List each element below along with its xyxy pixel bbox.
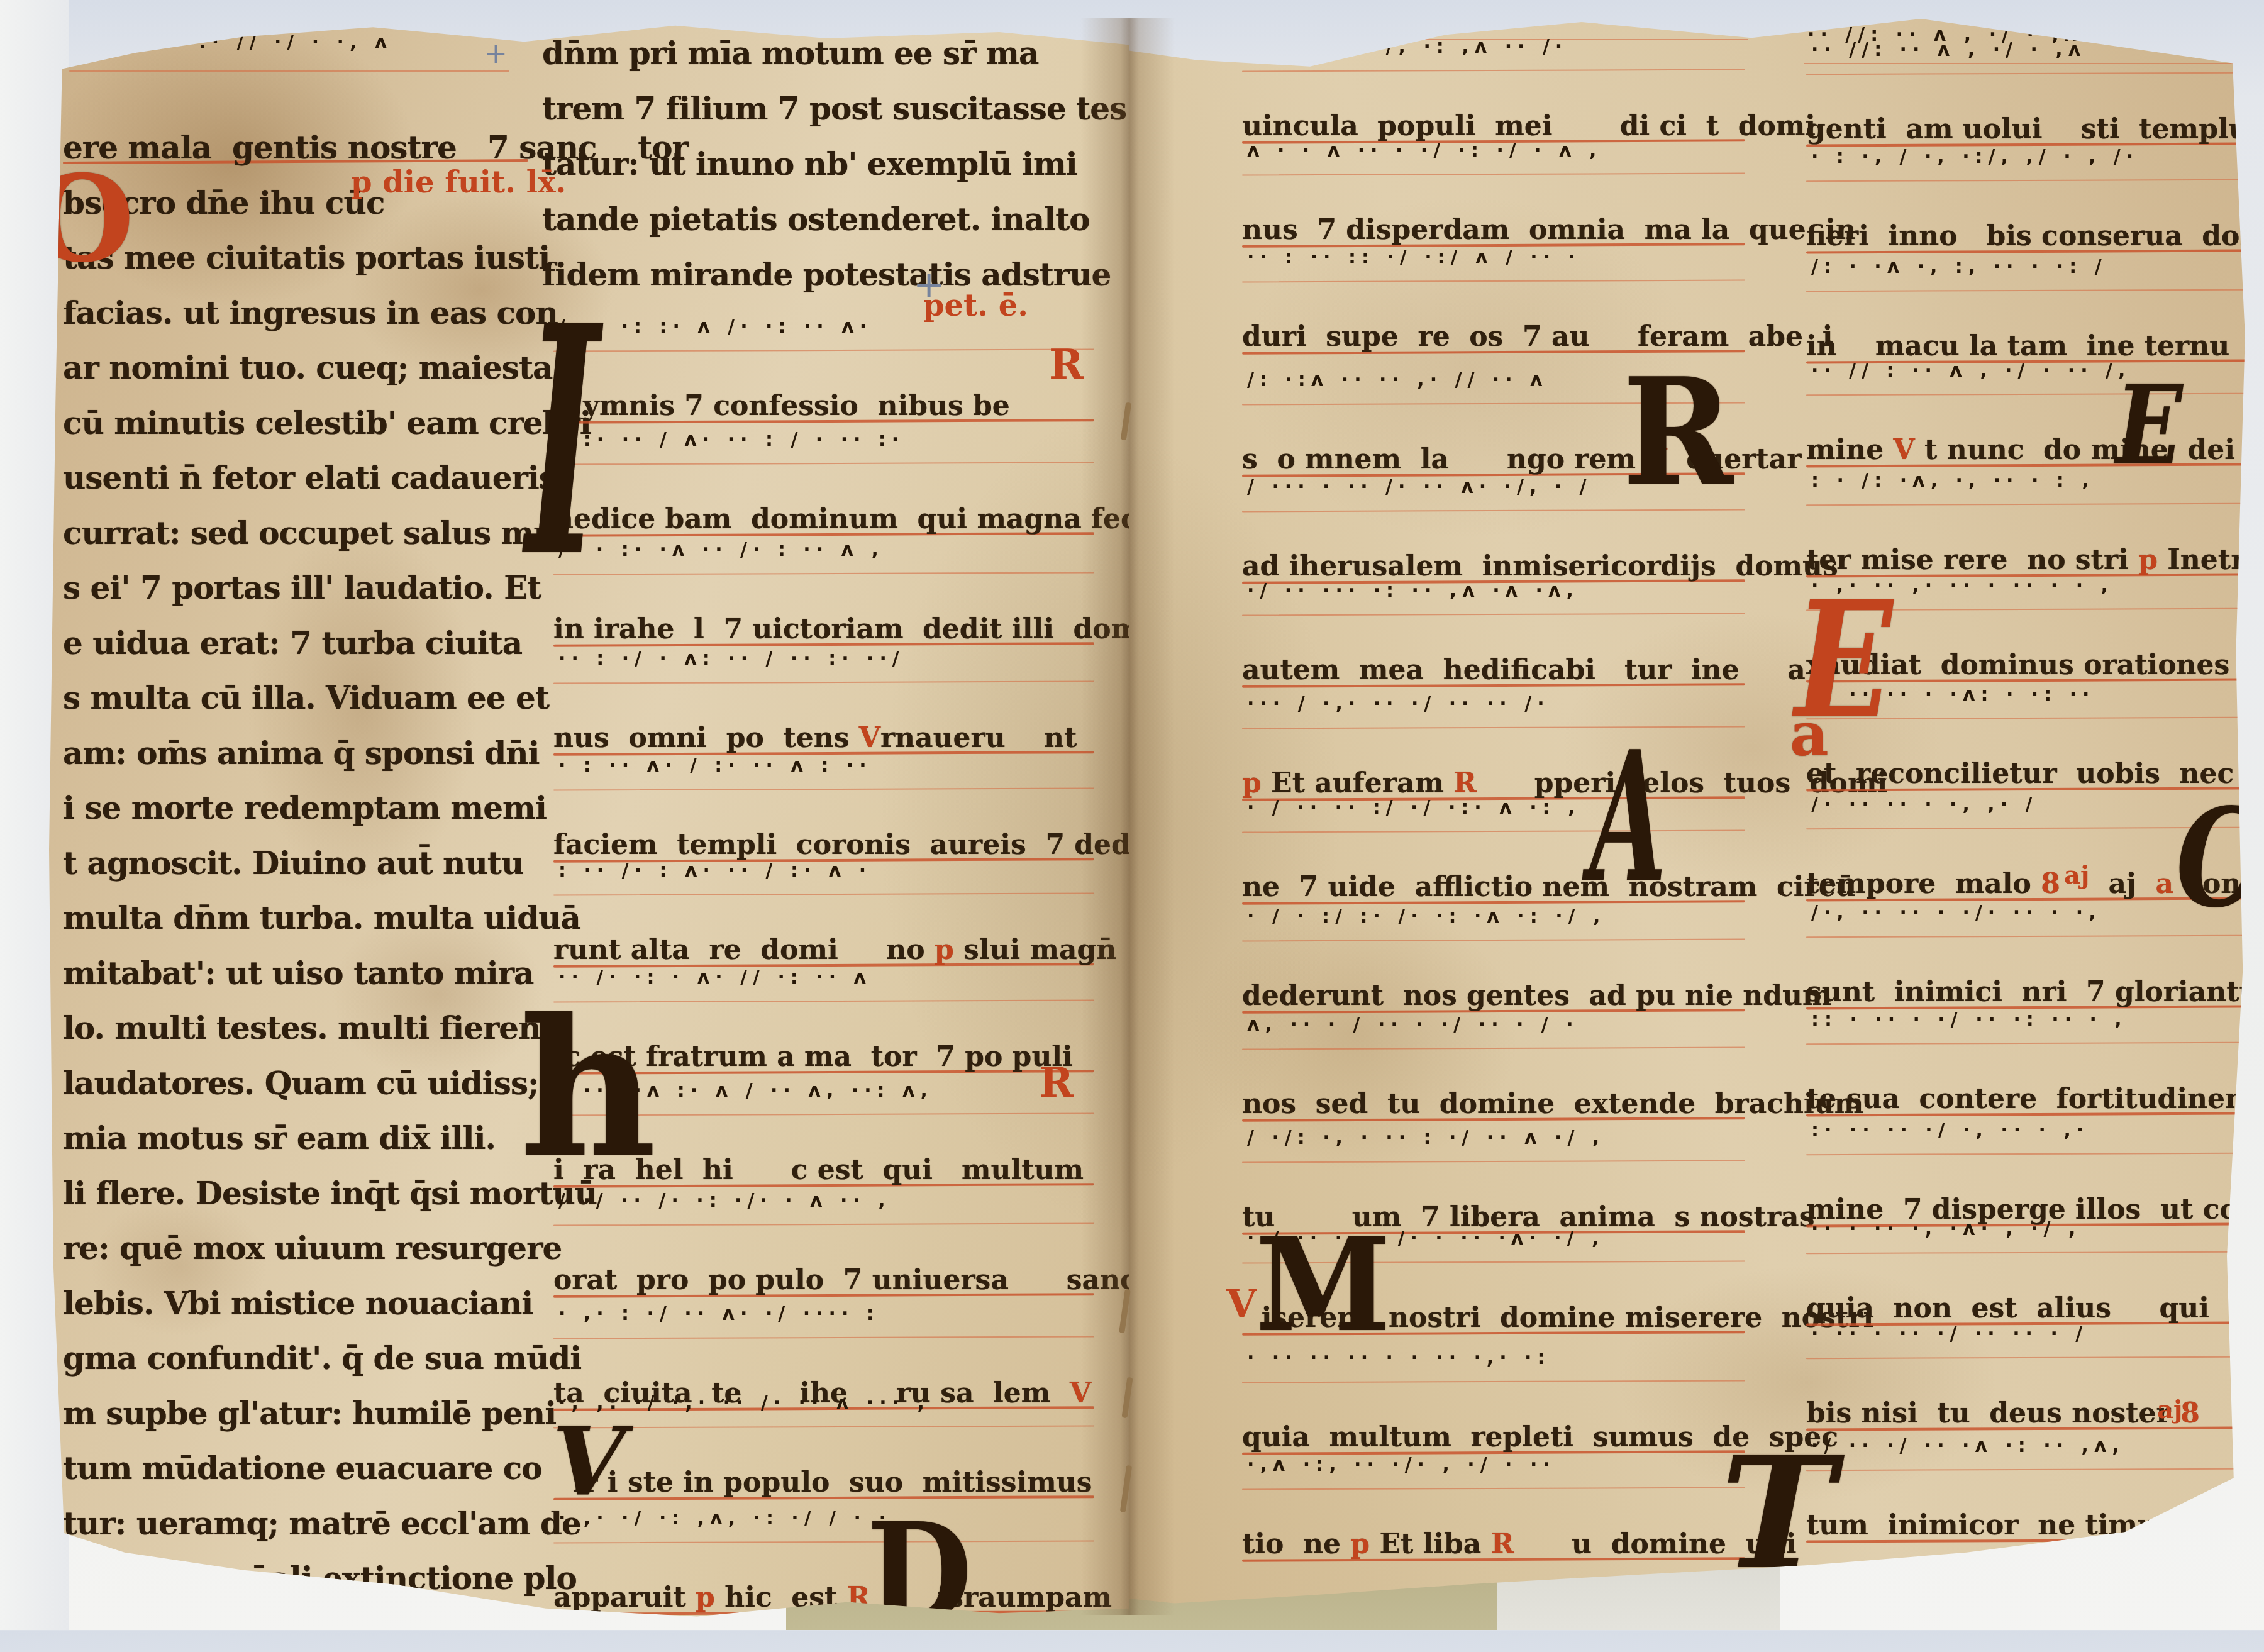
initial-letter: E <box>2116 376 2183 475</box>
neume-staff-line <box>1806 503 2246 506</box>
chant-word: n ymnis 7 confessio nibus be <box>553 390 1010 422</box>
neume-row: ·· //: ·· ʌ , ·/ · ,ʌ <box>1811 39 2251 61</box>
chant-line: genti am uolui sti templum tu <box>1806 113 2264 145</box>
chant-line: sunt inimici nri 7 gloriantur n <box>1806 976 2264 1008</box>
prose-line: fidem mirande potestatis adstrue <box>542 256 1146 293</box>
initial-letter: h <box>519 1004 657 1173</box>
neume-staff-line <box>1242 1380 1745 1383</box>
neume-row: · ,· ·/ ·: ,ʌ, ·: ·/ / · · <box>558 1507 1099 1529</box>
pencil-mark: + <box>913 263 945 307</box>
chant-word: runt alta re domi no <box>553 934 935 966</box>
neume-staff-line <box>1806 1356 2246 1359</box>
neume-row: · : ·· ʌ· / :· ·· ʌ : ·· <box>558 755 1099 777</box>
neume-staff-line <box>553 680 1094 684</box>
neume-staff-line <box>69 70 509 72</box>
chant-line: nos sed tu domine extende brachium <box>1242 1088 1863 1120</box>
chant-word: uincula populi mei di ci t domi <box>1242 110 1816 142</box>
prose-line: facias. ut ingresus in eas con <box>63 294 566 331</box>
prose-line: s multa cū illa. Viduam ee et <box>63 679 566 716</box>
neume-staff-line <box>1242 1047 1745 1050</box>
chant-word: dederunt nos gentes ad pu nie ndum <box>1242 980 1832 1012</box>
chant-line: bis nisi tu deus noster 8 aj <box>1806 1397 2264 1429</box>
prose-line: am: om̄s anima q̄ sponsi dn̄i <box>63 735 566 772</box>
neume-row: ·/ ·· ·/ ·· ·ʌ ·: ·· ,ʌ, <box>1811 1435 2251 1457</box>
neume-row: ʌ · · ʌ ·· · ·/ ·: ·/ · ʌ , <box>1247 140 1750 162</box>
neume-row: · :· ·· / ʌ· ·· : / · ·· :· <box>558 429 1099 451</box>
prose-line: cū minutis celestib' eam crebri <box>63 404 566 441</box>
prose-line: ar nomini tuo. cueq; maiesta <box>63 349 566 386</box>
prose-line: tatur: ut inuno nb' exemplū imi <box>542 145 1146 182</box>
rubric-label: R <box>1049 340 1084 389</box>
chant-word: orat pro po pulo 7 uniuersa sanc <box>553 1264 1137 1296</box>
neume-staff-line <box>1806 289 2246 292</box>
chant-word: ir i ste in populo suo mitissimus <box>553 1466 1092 1499</box>
chant-word: autem mea hedificabi tur ine a <box>1242 654 1806 686</box>
chant-line: n ymnis 7 confessio nibus be <box>553 390 1010 422</box>
prose-line: e uidua erat: 7 turba ciuita <box>63 624 566 662</box>
chant-word: genti am uolui sti templum tu <box>1806 113 2264 145</box>
chant-word: apparuit <box>553 1582 696 1614</box>
initial-letter: T <box>1721 1444 1835 1583</box>
neume-row: ·, ,: ·/ ·,· ·· /· ·· ʌ ··· , <box>558 1392 1099 1414</box>
initial-letter: C <box>2176 797 2262 919</box>
neume-staff-line <box>553 1222 1094 1226</box>
neume-row: · / ·· ·· :/ ·/ ·:· ʌ ·: , <box>1247 797 1750 819</box>
chant-line: autem mea hedificabi tur ine a <box>1242 654 1806 686</box>
chant-word: nedice bam dominum qui magna fecit <box>553 503 1161 535</box>
prose-line: tur: ueramq; matrē eccl'am de <box>63 1505 566 1542</box>
neume-staff-line <box>1242 173 1745 176</box>
prose-line: dn̄m pri mīa motum ee sr̄ ma <box>542 35 1146 72</box>
prose-line: m supbe gl'atur: humilē peni <box>63 1395 566 1432</box>
rubric-label: R <box>1039 1058 1074 1107</box>
chant-word: quia non est alius qui pugnet <box>1806 1292 2264 1324</box>
chant-word: rnaueru nt <box>880 722 1077 754</box>
chant-word: faciem templi coronis aureis 7 dedicaue <box>553 829 1214 861</box>
chant-word: Et liba <box>1379 1528 1490 1560</box>
initial-letter: M <box>1255 1228 1391 1344</box>
chant-line: orat pro po pulo 7 uniuersa sanc <box>553 1264 1137 1296</box>
neume-staff-line <box>1242 69 1745 72</box>
neume-staff-line <box>1804 63 2238 64</box>
neume-row: ·· : ·· :: ·/ ·:/ ʌ / ·· · <box>1247 247 1750 269</box>
chant-word: tum inimicor ne timueritis men <box>1806 1509 2264 1541</box>
neume-row: · / ·· ·· :· // ·/ · ·, ʌ <box>73 31 513 53</box>
chant-word: ad iherusalem inmisericordijs domus <box>1242 550 1838 582</box>
prose-line: gma confundit'. q̄ de sua mūdi <box>63 1339 566 1377</box>
prose-line: tum mūdatione euacuare co <box>63 1450 566 1487</box>
neume-staff-line <box>1242 1160 1745 1163</box>
neume-row: /· · :· ·ʌ ·· /· : ·· ʌ , <box>558 539 1099 561</box>
chant-word: te sua contere fortitudinem illor <box>1806 1083 2264 1115</box>
rubric-inline: p <box>935 934 963 966</box>
chant-word: nus omni po tens <box>553 722 859 754</box>
chant-line: ir i ste in populo suo mitissimus <box>553 1466 1092 1499</box>
rubric-inline: 8 <box>2180 1397 2200 1429</box>
left-page-content: · / ·· ·· :· // ·/ · ·, ʌere mala gentis… <box>49 18 1129 1618</box>
prose-line: tas mee ciuitatis portas iusti <box>63 239 566 276</box>
neume-row: · ·· · ·· ·/ ·· ·· · / <box>1811 1323 2251 1345</box>
neume-row: :: · ·· · ·/ ·· ·: ·· · , <box>1811 1009 2251 1031</box>
chant-line: runt alta re domi no p slui magn̄ <box>553 934 1116 966</box>
chant-word: in macu la tam ine ternu m <box>1806 330 2264 362</box>
chant-word: nos sed tu domine extende brachium <box>1242 1088 1863 1120</box>
prose-line: trem 7 filium 7 post suscitasse tes <box>542 90 1146 127</box>
rubric-inline: p <box>696 1582 724 1614</box>
chant-line: uincula populi mei di ci t domi <box>1242 110 1816 142</box>
neume-staff-line <box>1806 1153 2246 1155</box>
neume-staff-line <box>1806 72 2246 75</box>
right-page: / ···· ·· ·/ ·/, :· ,ʌ · //·· //: ·· ʌ ,… <box>1129 19 2261 1605</box>
neume-row: / ···· ·/ ·/, ·: ,ʌ ·· /· <box>1247 36 1750 58</box>
prose-line: tande pietatis ostenderet. inalto <box>542 201 1146 238</box>
prose-line: multa dn̄m turba. multa uiduā <box>63 899 566 936</box>
neume-staff-line <box>553 348 1094 352</box>
initial-letter: R <box>1623 366 1733 499</box>
chant-line: duri supe re os 7 au feram abe i <box>1242 321 1833 353</box>
neume-row: : ·· /· : ʌ· ·· / :· ʌ · <box>558 860 1099 882</box>
neume-row: ·,ʌ ·:, ·· ·/· , ·/ · ·· <box>1247 1454 1750 1476</box>
neume-staff-line <box>553 787 1094 790</box>
chant-line: in macu la tam ine ternu m <box>1806 330 2264 362</box>
neume-staff-line <box>1806 1468 2246 1471</box>
prose-line: lebis. Vbi mistice nouaciani <box>63 1285 566 1322</box>
chant-word: in irahe l 7 uictoriam dedit illi domi <box>553 613 1151 645</box>
chant-line: nus 7 disperdam omnia ma la que in <box>1242 214 1856 246</box>
prose-line: tē. spe uite redonandam negat <box>63 1615 566 1631</box>
neume-row: :· ·· ·· ·/ ·, ·· · ,· <box>1811 1119 2251 1141</box>
chant-word: Et auferam <box>1271 767 1453 799</box>
rubric-label: p die fuit. lx̄. <box>351 165 566 200</box>
prose-line: mitabat': ut uiso tanto mira <box>63 955 566 992</box>
neume-staff-line <box>553 462 1094 465</box>
rubric-inline: 8 <box>2041 868 2060 900</box>
neume-row: · : ·, / ·, ·:/, ,/ · , /· <box>1811 146 2251 168</box>
chant-line: quia non est alius qui pugnet <box>1806 1292 2264 1324</box>
chant-word: tempore malo <box>1806 868 2041 900</box>
neume-row: / ·/: ·, · ·· : ·/ ·· ʌ ·/ , <box>1247 1127 1750 1149</box>
chant-line: te sua contere fortitudinem illor <box>1806 1083 2264 1115</box>
neume-row: /: · ·ʌ ·, :, ·· · ·: / <box>1811 256 2251 278</box>
rubric-label: aj <box>2064 860 2089 890</box>
neume-row: ·· · ·· ·, ·ʌ· , ·/ , <box>1811 1218 2251 1240</box>
neume-staff-line <box>1242 280 1745 283</box>
neume-row: ʌ, ·· · / ·· · ·/ ·· · / · <box>1247 1014 1750 1036</box>
neume-row: · ,· : ·/ ·· ʌ· ·/ ···· : <box>558 1303 1099 1325</box>
prose-line: i se morte redemptam memi <box>63 789 566 826</box>
prose-line: lo. multi testes. multi fierent <box>63 1009 566 1046</box>
prose-line: tor suor spūali extinctione plo <box>63 1560 566 1597</box>
neume-row: ·· : ·/ · ʌ: ·· / ·· :· ··/ <box>558 648 1099 670</box>
chant-word: mine <box>1806 434 1894 466</box>
chant-line: dederunt nos gentes ad pu nie ndum <box>1242 980 1832 1012</box>
neume-staff-line <box>553 572 1094 575</box>
chant-line: faciem templi coronis aureis 7 dedicaue <box>553 829 1214 861</box>
neume-staff-line <box>1242 830 1745 833</box>
chant-line: nus omni po tens Vrnaueru nt <box>553 722 1077 754</box>
initial-letter: I <box>526 301 599 584</box>
neume-staff-line <box>553 1425 1094 1428</box>
neume-staff-line <box>1242 1487 1745 1490</box>
right-page-content: / ···· ·· ·/ ·/, :· ,ʌ · //·· //: ·· ʌ ,… <box>1129 19 2261 1605</box>
prose-line: s ei' 7 portas ill' laudatio. Et <box>63 569 566 606</box>
prose-line: laudatores. Quam cū uidiss; <box>63 1065 566 1102</box>
prose-line: t agnoscit. Diuino aut̄ nutu <box>63 845 566 882</box>
chant-line: tio ne p Et liba R u domine uni <box>1242 1528 1796 1560</box>
neume-row: / ···· ·· ·/ ·/, :· ,ʌ · // <box>1243 0 1752 22</box>
neume-staff-line <box>1806 179 2246 182</box>
rubric-inline: V <box>1894 434 1924 466</box>
rubric-label: V <box>1226 1280 1257 1326</box>
neume-staff-line <box>553 892 1094 895</box>
neume-staff-line <box>1242 613 1745 616</box>
chant-line: p Et auferam R pperi celos tuos domi <box>1242 767 1887 799</box>
prose-line: mia motus sr̄ eam dix̄ illi. <box>63 1119 566 1156</box>
chant-line: nedice bam dominum qui magna fecit <box>553 503 1161 535</box>
prose-line: ere mala gentis nostre 7 sanc tor <box>63 129 566 166</box>
neume-row: ··· / ·,· ·· ·/ ·· ·· /· <box>1247 693 1750 715</box>
rubric-inline: p <box>1350 1528 1379 1560</box>
pencil-mark: + <box>484 38 508 70</box>
prose-line: usenti n̄ fetor elati cadaueris <box>63 459 566 496</box>
chant-word: Inetnum <box>2167 544 2264 576</box>
chant-line: fieri inno bis conserua domum <box>1806 220 2264 252</box>
prose-line: re: quē mox uiuum resurgere <box>63 1229 566 1267</box>
rubric-inline: V <box>859 722 880 754</box>
rubric-inline: p <box>2138 544 2167 576</box>
neume-staff-line <box>1806 1251 2246 1254</box>
neume-row: ·· // : ·· ʌ , ·/ · ·· /, <box>1811 360 2251 382</box>
chant-word: ne 7 uide afflictio nem nostram circū <box>1242 871 1855 903</box>
neume-staff-line <box>553 1336 1094 1339</box>
rubric-inline: R <box>1453 767 1486 799</box>
chant-word: aj <box>2200 1397 2264 1429</box>
rubric-inline: p <box>1242 767 1271 799</box>
initial-letter: a <box>1790 708 1829 762</box>
chant-word: fieri inno bis conserua domum <box>1806 220 2264 252</box>
left-page: · / ·· ·· :· // ·/ · ·, ʌere mala gentis… <box>49 18 1129 1618</box>
neume-row: ·/ ·· ··· ·: ·· ,ʌ ·ʌ ·ʌ, <box>1247 580 1750 602</box>
chant-line: in irahe l 7 uictoriam dedit illi domi <box>553 613 1151 645</box>
chant-word: duri supe re os 7 au feram abe i <box>1242 321 1833 353</box>
prose-line: li flere. Desiste inq̄t q̄si mortuū <box>63 1175 566 1212</box>
initial-letter: A <box>1590 737 1667 899</box>
initial-letter: V <box>552 1420 625 1505</box>
chant-word: t nunc do mine dei <box>1924 434 2235 466</box>
chant-word: sunt inimici nri 7 gloriantur n <box>1806 976 2264 1008</box>
neume-staff-line <box>553 1540 1094 1543</box>
chant-word: slui magn̄ <box>963 934 1116 966</box>
chant-word: tio ne <box>1242 1528 1350 1560</box>
chant-line: ad iherusalem inmisericordijs domus <box>1242 550 1838 582</box>
neume-row: : · /: ·ʌ, ·, ·· · : , <box>1811 470 2251 492</box>
rubric-label: aj <box>2157 1395 2182 1424</box>
chant-line: ne 7 uide afflictio nem nostram circū <box>1242 871 1855 903</box>
neume-staff-line <box>1242 939 1745 942</box>
chant-word: s o mnem la ngo rem <box>1242 443 1645 475</box>
chant-word: bis nisi tu deus noster <box>1806 1397 2180 1429</box>
prose-line: currat: sed occupet salus mu <box>63 514 566 552</box>
neume-staff-line <box>1242 726 1745 729</box>
chant-line: tum inimicor ne timueritis men <box>1806 1509 2264 1541</box>
neume-row: · / · :/ :· /· ·: ·ʌ ·: ·/ , <box>1247 906 1750 928</box>
rubric-inline: R <box>1491 1528 1524 1560</box>
chant-word: nus 7 disperdam omnia ma la que in <box>1242 214 1856 246</box>
neume-staff-line <box>1806 1042 2246 1045</box>
